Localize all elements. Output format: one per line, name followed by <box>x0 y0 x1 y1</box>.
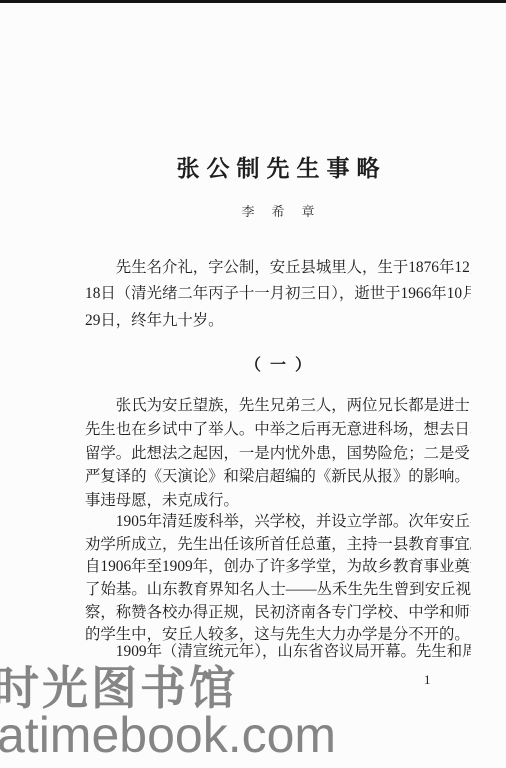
text-line: 了始基。山东教育界知名人士——丛禾生先生曾到安丘视 <box>85 579 471 602</box>
text-line: 张氏为安丘望族，先生兄弟三人，两位兄长都是进士， <box>85 394 471 418</box>
text-line: 18日（清光绪二年丙子十一月初三日），逝世于1966年10月 <box>85 281 471 307</box>
scanned-book-page: 张公制先生事略 李希章 先生名介礼，字公制，安丘县城里人，生于1876年12月 … <box>0 0 506 768</box>
section-heading-one: （一） <box>85 352 471 375</box>
text-line: 察，称赞各校办得正规，民初济南各专门学校、中学和师范 <box>85 602 471 625</box>
paragraph-biography-intro: 先生名介礼，字公制，安丘县城里人，生于1876年12月 18日（清光绪二年丙子十… <box>85 255 471 334</box>
scan-top-edge <box>0 0 506 3</box>
text-line: 1905年清廷废科举，兴学校，并设立学部。次年安丘县 <box>85 511 471 534</box>
text-line: 29日，终年九十岁。 <box>85 308 471 334</box>
page-title: 张公制先生事略 <box>85 150 471 183</box>
paragraph-education-work: 1905年清廷废科举，兴学校，并设立学部。次年安丘县 劝学所成立，先生出任该所首… <box>85 511 471 647</box>
text-line: 劝学所成立，先生出任该所首任总董，主持一县教育事宜。 <box>85 534 471 557</box>
text-line: 先生也在乡试中了举人。中举之后再无意进科场，想去日本 <box>85 418 471 442</box>
text-line: 严复译的《天演论》和梁启超编的《新民从报》的影响。因 <box>85 465 471 489</box>
text-line: 自1906年至1909年，创办了许多学堂，为故乡教育事业奠定 <box>85 556 471 579</box>
text-line: 留学。此想法之起因，一是内忧外患，国势险危；二是受了 <box>85 442 471 466</box>
page-number: 1 <box>424 672 431 688</box>
text-line: 事违母愿，未克成行。 <box>85 489 471 513</box>
watermark-site-url: atimebook.com <box>0 706 336 764</box>
article-author: 李希章 <box>85 201 471 220</box>
text-line: 先生名介礼，字公制，安丘县城里人，生于1876年12月 <box>85 255 471 281</box>
paragraph-family-background: 张氏为安丘望族，先生兄弟三人，两位兄长都是进士， 先生也在乡试中了举人。中举之后… <box>85 394 471 513</box>
